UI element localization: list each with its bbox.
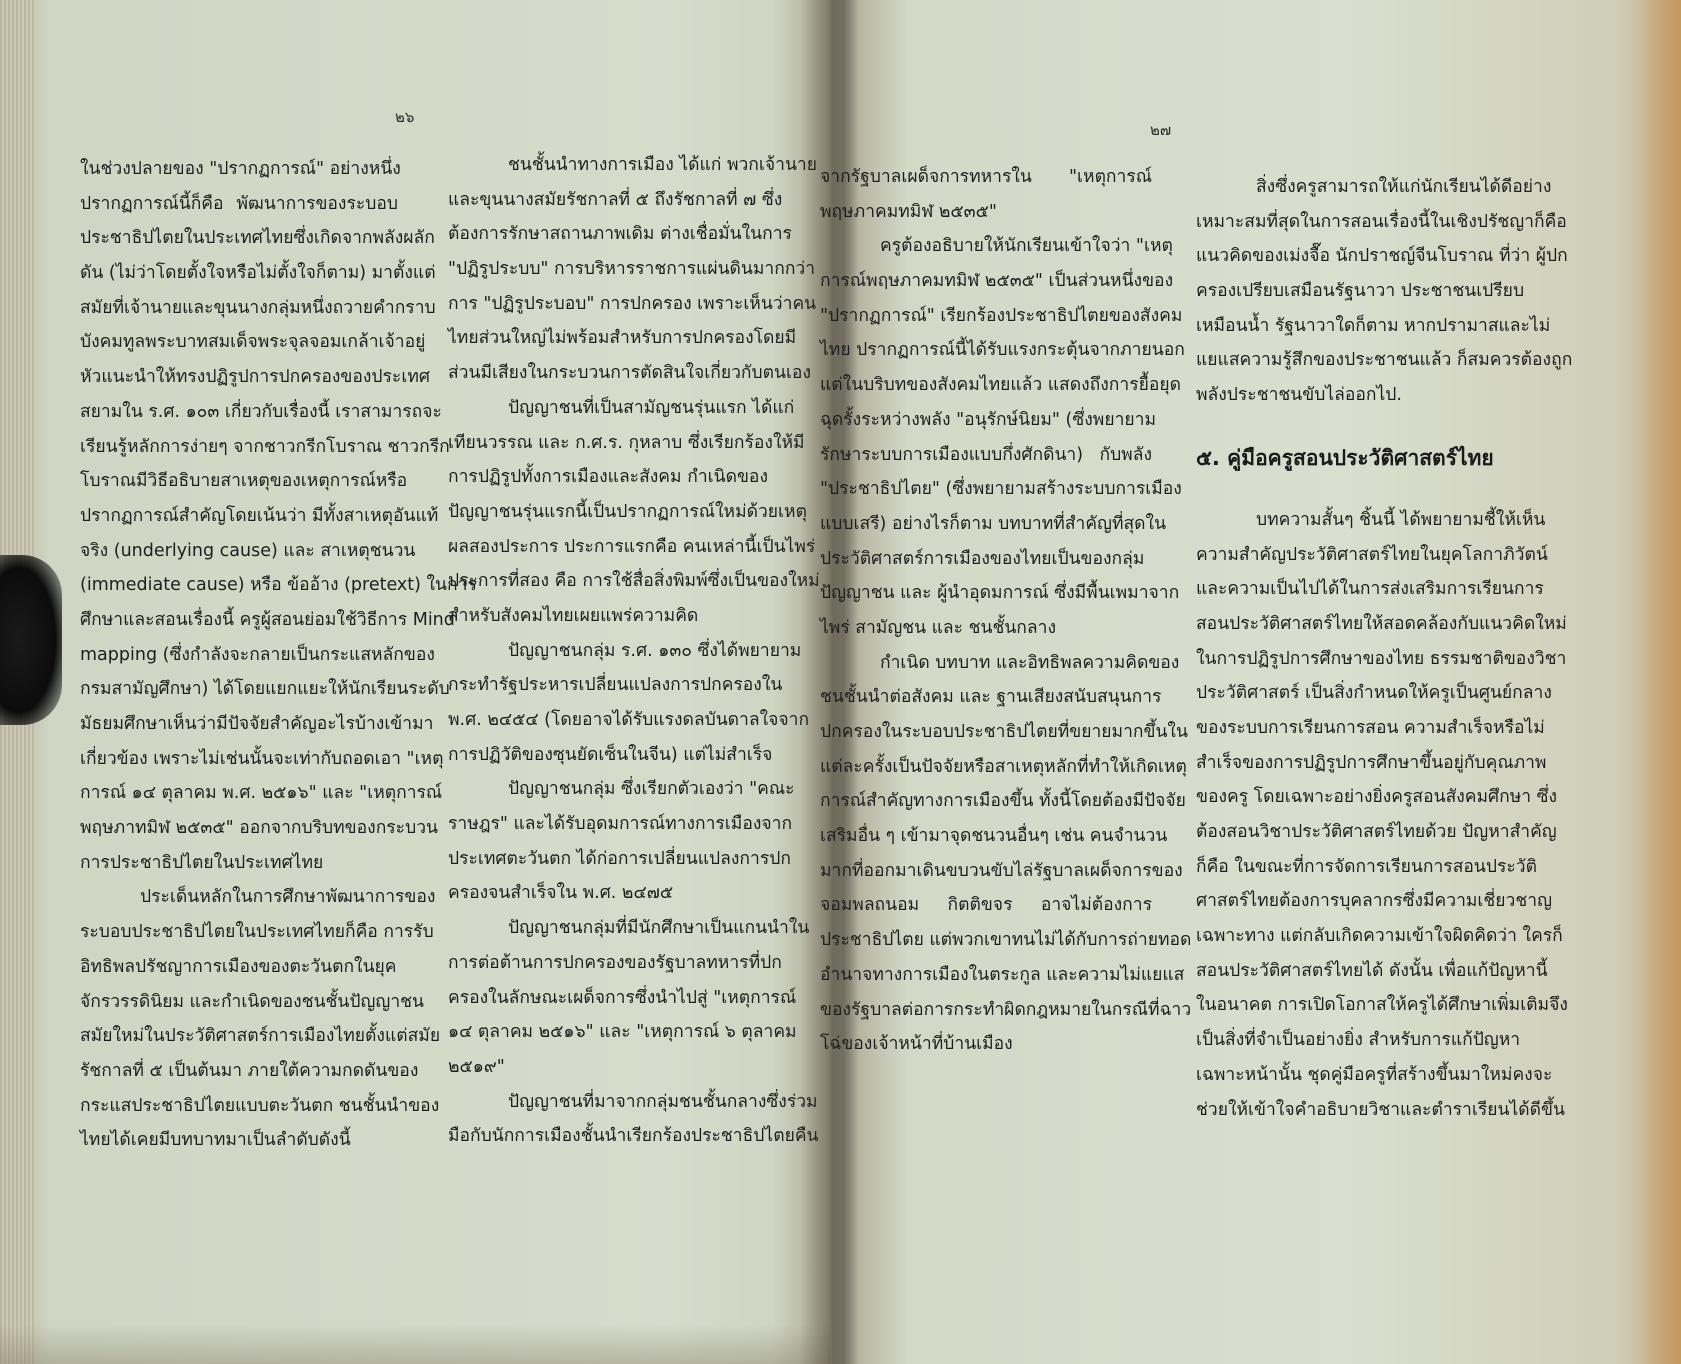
text-line: ประเด็นหลักในการศึกษาพัฒนาการของ <box>80 880 398 915</box>
text-line: ไทยได้เคยมีบทบาทมาเป็นลำดับดังนี้ <box>80 1123 398 1158</box>
text-line: สมัยที่เจ้านายและขุนนางกลุ่มหนึ่งถวายคำก… <box>80 291 398 326</box>
text-line: "ปรากฏการณ์" เรียกร้องประชาธิปไตยของสังค… <box>820 299 1152 334</box>
text-line: ศาสตร์ไทยต้องการบุคลากรซึ่งมีความเชี่ยวช… <box>1196 884 1518 919</box>
page-edge-right <box>1641 0 1681 1364</box>
text-line: ประเทศตะวันตก ได้ก่อการเปลี่ยนแปลงการปก <box>448 842 768 877</box>
text-line: สยามใน ร.ศ. ๑๐๓ เกี่ยวกับเรื่องนี้ เราสา… <box>80 395 398 430</box>
text-line: ประชาธิปไตย แต่พวกเขาทนไม่ได้กับการถ่ายท… <box>820 923 1152 958</box>
text-line: การต่อต้านการปกครองของรัฐบาลทหารที่ปก <box>448 946 768 981</box>
text-line: สำเร็จของการปฏิรูปการศึกษาขึ้นอยู่กับคุณ… <box>1196 746 1518 781</box>
right-page: ๒๗ จากรัฐบาลเผด็จการทหารใน "เหตุการณ์พฤษ… <box>850 0 1681 1364</box>
text-line: กำเนิด บทบาท และอิทธิพลความคิดของ <box>820 646 1152 681</box>
text-line: จากรัฐบาลเผด็จการทหารใน "เหตุการณ์ <box>820 160 1152 195</box>
text-line: ปกครองในระบอบประชาธิปไตยที่ขยายมากขึ้นใน <box>820 715 1152 750</box>
text-line: ผลสองประการ ประการแรกคือ คนเหล่านี้เป็นไ… <box>448 530 768 565</box>
text-line: ปัญญาชน และ ผู้นำอุดมการณ์ ซึ่งมีพื้นเพม… <box>820 576 1152 611</box>
text-line: กรมสามัญศึกษา) ได้โดยแยกแยะให้นักเรียนระ… <box>80 672 398 707</box>
text-line: เรียนรู้หลักการง่ายๆ จากชาวกรีกโบราณ ชาว… <box>80 430 398 465</box>
text-line: mapping (ซึ่งกำลังจะกลายเป็นกระแสหลักของ <box>80 638 398 673</box>
text-line: การณ์พฤษภาคมทมิฬ ๒๕๓๕" เป็นส่วนหนึ่งของ <box>820 264 1152 299</box>
text-line: ประวัติศาสตร์ เป็นสิ่งกำหนดให้ครูเป็นศูน… <box>1196 676 1518 711</box>
text-line: ในอนาคต การเปิดโอกาสให้ครูได้ศึกษาเพิ่มเ… <box>1196 988 1518 1023</box>
text-line: ครองจนสำเร็จใน พ.ศ. ๒๔๗๕ <box>448 876 768 911</box>
text-line: และความเป็นไปได้ในการส่งเสริมการเรียนการ <box>1196 572 1518 607</box>
text-line: ความสำคัญประวัติศาสตร์ไทยในยุคโลกาภิวัตน… <box>1196 538 1518 573</box>
text-line: ราษฎร" และได้รับอุดมการณ์ทางการเมืองจาก <box>448 807 768 842</box>
text-line: "ปฏิรูประบบ" การบริหารราชการแผ่นดินมากกว… <box>448 252 768 287</box>
text-line: เทียนวรรณ และ ก.ศ.ร. กุหลาบ ซึ่งเรียกร้อ… <box>448 426 768 461</box>
text-line: แต่ในบริบทของสังคมไทยแล้ว แสดงถึงการยื้อ… <box>820 368 1152 403</box>
text-line: เป็นสิ่งที่จำเป็นอย่างยิ่ง สำหรับการแก้ป… <box>1196 1023 1518 1058</box>
section-heading: ๕. คู่มือครูสอนประวัติศาสตร์ไทย <box>1196 433 1518 483</box>
text-line: ประชาธิปไตยในประเทศไทยซึ่งเกิดจากพลังผลั… <box>80 221 398 256</box>
text-line: สอนประวัติศาสตร์ไทยได้ ดังนั้น เพื่อแก้ป… <box>1196 954 1518 989</box>
text-line: พฤษภาทมิฬ ๒๕๓๕" ออกจากบริบทของกระบวน <box>80 811 398 846</box>
page-number: ๒๖ <box>395 105 414 129</box>
text-line: การปฏิรูปทั้งการเมืองและสังคม กำเนิดของ <box>448 460 768 495</box>
text-line: เสริมอื่น ๆ เข้ามาจุดชนวนอื่นๆ เช่น คนจำ… <box>820 819 1152 854</box>
text-line: สิ่งซึ่งครูสามารถให้แก่นักเรียนได้ดีอย่า… <box>1196 170 1518 205</box>
text-line: ก็คือ ในขณะที่การจัดการเรียนการสอนประวัต… <box>1196 850 1518 885</box>
text-line: "ประชาธิปไตย" (ซึ่งพยายามสร้างระบบการเมื… <box>820 472 1152 507</box>
text-line: เหมาะสมที่สุดในการสอนเรื่องนี้ในเชิงปรัช… <box>1196 205 1518 240</box>
text-line: ศึกษาและสอนเรื่องนี้ ครูผู้สอนย่อมใช้วิธ… <box>80 603 398 638</box>
text-line: การณ์สำคัญทางการเมืองขึ้น ทั้งนี้โดยต้อง… <box>820 784 1152 819</box>
text-line: รักษาระบบการเมืองแบบกึ่งศักดินา) กับพลัง <box>820 438 1152 473</box>
page-bottom-shadow <box>0 1324 830 1364</box>
spacer <box>1196 483 1518 503</box>
text-line: อำนาจทางการเมืองในตระกูล และความไม่แยแส <box>820 958 1152 993</box>
text-line: การประชาธิปไตยในประเทศไทย <box>80 846 398 881</box>
text-line: สำหรับสังคมไทยเผยแพร่ความคิด <box>448 599 768 634</box>
text-line: แต่ละครั้งเป็นปัจจัยหรือสาเหตุหลักที่ทำใ… <box>820 750 1152 785</box>
text-line: รัชกาลที่ ๕ เป็นต้นมา ภายใต้ความกดดันของ <box>80 1054 398 1089</box>
text-line: ครูต้องอธิบายให้นักเรียนเข้าใจว่า "เหตุ <box>820 229 1152 264</box>
text-line: จักรวรรดินิยม และกำเนิดของชนชั้นปัญญาชน <box>80 985 398 1020</box>
text-line: ของรัฐบาลต่อการกระทำผิดกฎหมายในกรณีที่ฉา… <box>820 993 1152 1028</box>
text-line: พ.ศ. ๒๔๕๔ (โดยอาจได้รับแรงดลบันดาลใจจาก <box>448 703 768 738</box>
text-line: หัวแนะนำให้ทรงปฏิรูปการปกครองของประเทศ <box>80 360 398 395</box>
text-line: โบราณมีวิธีอธิบายสาเหตุของเหตุการณ์หรือ <box>80 464 398 499</box>
text-line: ต้องการรักษาสถานภาพเดิม ต่างเชื่อมั่นในก… <box>448 217 768 252</box>
text-line: แบบเสรี) อย่างไรก็ตาม บทบาทที่สำคัญที่สุ… <box>820 507 1152 542</box>
text-line: มัธยมศึกษาเห็นว่ามีปัจจัยสำคัญอะไรบ้างเข… <box>80 707 398 742</box>
text-line: บังคมทูลพระบาทสมเด็จพระจุลจอมเกล้าเจ้าอย… <box>80 325 398 360</box>
text-line: ครองในลักษณะเผด็จการซึ่งนำไปสู่ "เหตุการ… <box>448 981 768 1016</box>
text-line: ระบอบประชาธิปไตยในประเทศไทยก็คือ การรับ <box>80 915 398 950</box>
text-line: สอนประวัติศาสตร์ไทยให้สอดคล้องกับแนวคิดใ… <box>1196 607 1518 642</box>
text-line: พฤษภาคมทมิฬ ๒๕๓๕" <box>820 195 1152 230</box>
text-line: ต้องสอนวิชาประวัติศาสตร์ไทยด้วย ปัญหาสำค… <box>1196 815 1518 850</box>
text-line: ชนชั้นนำต่อสังคม และ ฐานเสียงสนับสนุนการ <box>820 680 1152 715</box>
text-column-1: ในช่วงปลายของ "ปรากฏการณ์" อย่างหนึ่งปรา… <box>80 152 398 1158</box>
text-line: ไทยส่วนใหญ่ไม่พร้อมสำหรับการปกครองโดยมี <box>448 321 768 356</box>
text-line: เฉพาะทาง แต่กลับเกิดความเข้าใจผิดคิดว่า … <box>1196 919 1518 954</box>
text-line: ๑๔ ตุลาคม ๒๕๑๖" และ "เหตุการณ์ ๖ ตุลาคม <box>448 1015 768 1050</box>
text-line: พลังประชาชนขับไล่ออกไป. <box>1196 378 1518 413</box>
text-line: มือกับนักการเมืองชั้นนำเรียกร้องประชาธิป… <box>448 1119 768 1154</box>
text-line: ชนชั้นนำทางการเมือง ได้แก่ พวกเจ้านาย <box>448 148 768 183</box>
text-line: เกี่ยวข้อง เพราะไม่เช่นนั้นจะเท่ากับถอดเ… <box>80 742 398 777</box>
text-line: กระทำรัฐประหารเปลี่ยนแปลงการปกครองใน <box>448 668 768 703</box>
text-line: ปัญญาชนกลุ่มที่มีนักศึกษาเป็นแกนนำใน <box>448 911 768 946</box>
text-line: เหมือนน้ำ รัฐนาวาใดก็ตาม หากปรามาสและไม่ <box>1196 309 1518 344</box>
text-line: ส่วนมีเสียงในกระบวนการตัดสินใจเกี่ยวกับต… <box>448 356 768 391</box>
text-line: ปัญญาชนกลุ่ม ร.ศ. ๑๓๐ ซึ่งได้พยายาม <box>448 634 768 669</box>
text-line: ดัน (ไม่ว่าโดยตั้งใจหรือไม่ตั้งใจก็ตาม) … <box>80 256 398 291</box>
text-line: กระแสประชาธิปไตยแบบตะวันตก ชนชั้นนำของ <box>80 1089 398 1124</box>
text-line: ของระบบการเรียนการสอน ความสำเร็จหรือไม่ <box>1196 711 1518 746</box>
text-column-2: สิ่งซึ่งครูสามารถให้แก่นักเรียนได้ดีอย่า… <box>1196 170 1518 1127</box>
text-line: การ "ปฏิรูประบอบ" การปกครอง เพราะเห็นว่า… <box>448 287 768 322</box>
text-line: ช่วยให้เข้าใจคำอธิบายวิชาและตำราเรียนได้… <box>1196 1093 1518 1128</box>
text-line: โฉ่ของเจ้าหน้าที่บ้านเมือง <box>820 1027 1152 1062</box>
text-line: ประวัติศาสตร์การเมืองของไทยเป็นของกลุ่ม <box>820 542 1152 577</box>
text-line: แยแสความรู้สึกของประชาชนแล้ว ก็สมควรต้อง… <box>1196 343 1518 378</box>
page-number: ๒๗ <box>1150 118 1171 142</box>
text-line: มากที่ออกมาเดินขบวนขับไล่รัฐบาลเผด็จการข… <box>820 854 1152 889</box>
text-line: ในการปฏิรูปการศึกษาของไทย ธรรมชาติของวิช… <box>1196 642 1518 677</box>
text-line: ของครู โดยเฉพาะอย่างยิ่งครูสอนสังคมศึกษา… <box>1196 780 1518 815</box>
text-line: ปัญญาชนรุ่นแรกนี้เป็นปรากฏการณ์ใหม่ด้วยเ… <box>448 495 768 530</box>
text-line: และขุนนางสมัยรัชกาลที่ ๕ ถึงรัชกาลที่ ๗ … <box>448 183 768 218</box>
left-page: ๒๖ ในช่วงปลายของ "ปรากฏการณ์" อย่างหนึ่ง… <box>0 0 830 1364</box>
text-line: ปัญญาชนที่มาจากกลุ่มชนชั้นกลางซึ่งร่วม <box>448 1085 768 1120</box>
spacer <box>1196 413 1518 433</box>
text-column-2: ชนชั้นนำทางการเมือง ได้แก่ พวกเจ้านายและ… <box>448 148 768 1154</box>
text-line: (immediate cause) หรือ ข้ออ้าง (pretext)… <box>80 568 398 603</box>
text-line: ปัญญาชนกลุ่ม ซึ่งเรียกตัวเองว่า "คณะ <box>448 772 768 807</box>
text-line: เฉพาะหน้านั้น ชุดคู่มือครูที่สร้างขึ้นมา… <box>1196 1058 1518 1093</box>
text-line: ปรากฏการณ์สำคัญโดยเน้นว่า มีทั้งสาเหตุอั… <box>80 499 398 534</box>
text-line: บทความสั้นๆ ชิ้นนี้ ได้พยายามชี้ให้เห็น <box>1196 503 1518 538</box>
text-line: จอมพลถนอม กิตติขจร อาจไม่ต้องการ <box>820 888 1152 923</box>
text-line: ไทย ปรากฏการณ์นี้ได้รับแรงกระตุ้นจากภายน… <box>820 333 1152 368</box>
text-line: อิทธิพลปรัชญาการเมืองของตะวันตกในยุค <box>80 950 398 985</box>
text-line: ไพร่ สามัญชน และ ชนชั้นกลาง <box>820 611 1152 646</box>
open-book: ๒๖ ในช่วงปลายของ "ปรากฏการณ์" อย่างหนึ่ง… <box>0 0 1681 1364</box>
text-column-1: จากรัฐบาลเผด็จการทหารใน "เหตุการณ์พฤษภาค… <box>820 160 1152 1062</box>
text-line: การณ์ ๑๔ ตุลาคม พ.ศ. ๒๕๑๖" และ "เหตุการณ… <box>80 776 398 811</box>
text-line: การปฏิวัติของซุนยัดเซ็นในจีน) แต่ไม่สำเร… <box>448 738 768 773</box>
text-line: ปรากฏการณ์นี้ก็คือ พัฒนาการของระบอบ <box>80 187 398 222</box>
thumb-shadow <box>0 555 62 725</box>
text-line: ประการที่สอง คือ การใช้สื่อสิ่งพิมพ์ซึ่ง… <box>448 564 768 599</box>
text-line: ๒๕๑๙" <box>448 1050 768 1085</box>
text-line: ในช่วงปลายของ "ปรากฏการณ์" อย่างหนึ่ง <box>80 152 398 187</box>
text-line: ครองเปรียบเสมือนรัฐนาวา ประชาชนเปรียบ <box>1196 274 1518 309</box>
text-line: ฉุดรั้งระหว่างพลัง "อนุรักษ์นิยม" (ซึ่งพ… <box>820 403 1152 438</box>
text-line: แนวคิดของเม่งจื๊อ นักปราชญ์จีนโบราณ ที่ว… <box>1196 239 1518 274</box>
text-line: สมัยใหม่ในประวัติศาสตร์การเมืองไทยตั้งแต… <box>80 1019 398 1054</box>
text-line: ปัญญาชนที่เป็นสามัญชนรุ่นแรก ได้แก่ <box>448 391 768 426</box>
text-line: จริง (underlying cause) และ สาเหตุชนวน <box>80 534 398 569</box>
